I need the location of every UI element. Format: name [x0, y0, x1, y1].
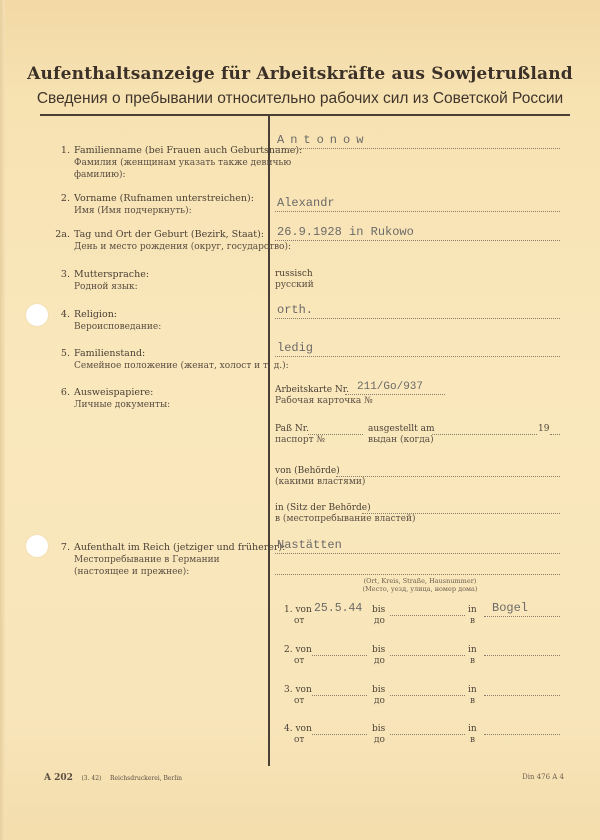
surname-value: Antonow	[277, 133, 369, 147]
paper-standard: Din 476 A 4	[522, 773, 564, 781]
label-id-papers: 6.Ausweispapiere: Личные документы:	[48, 387, 170, 411]
label-birth: 2a.Tag und Ort der Geburt (Bezirk, Staat…	[48, 229, 291, 253]
form-edition: (3. 42)	[81, 775, 101, 782]
year-field[interactable]	[550, 433, 560, 435]
row-3-to-field[interactable]	[390, 694, 465, 696]
passport-number-field[interactable]	[308, 433, 363, 435]
birth-value: 26.9.1928 in Rukowo	[277, 225, 414, 239]
label-mother-tongue: 3.Muttersprache: Родной язык:	[48, 269, 149, 293]
work-card-field[interactable]: 211/Go/937	[345, 378, 445, 395]
page-edge	[0, 0, 5, 840]
passport-label: Paß Nr. паспорт №	[275, 424, 325, 446]
printer: Reichsdruckerei, Berlin	[110, 775, 182, 782]
surname-field[interactable]: Antonow	[275, 132, 560, 149]
label-surname: 1.Familienname (bei Frauen auch Geburtsn…	[48, 145, 302, 181]
first-name-value: Alexandr	[277, 196, 335, 210]
punch-hole-bottom	[26, 535, 48, 557]
residence-value: Nastätten	[277, 538, 342, 552]
address-caption: (Ort, Kreis, Straße, Hausnummer) (Место,…	[275, 577, 565, 593]
issued-label: ausgestellt am выдан (когда)	[368, 424, 435, 446]
row-4-to-field[interactable]	[390, 733, 465, 735]
year-prefix: 19	[538, 424, 549, 435]
row-4-from-field[interactable]	[312, 733, 367, 735]
label-first-name: 2.Vorname (Rufnamen unterstreichen): Имя…	[48, 193, 254, 217]
label-marital-status: 5.Familienstand: Семейное положение (жен…	[48, 348, 289, 372]
form-title-russian: Сведения о пребывании относительно рабоч…	[0, 90, 600, 108]
row-3-place-field[interactable]	[484, 694, 560, 696]
residence-field-line-2[interactable]	[275, 573, 560, 575]
row-1-to-field[interactable]	[390, 614, 465, 616]
issued-date-field[interactable]	[432, 433, 537, 435]
mother-tongue-value: russisch русский	[275, 269, 314, 291]
authority-seat-field[interactable]	[362, 512, 560, 514]
marital-status-value: ledig	[277, 341, 313, 355]
work-card-value: 211/Go/937	[357, 381, 423, 393]
authority-field[interactable]	[336, 475, 560, 477]
row-4-place-field[interactable]	[484, 733, 560, 735]
form-title-german: Aufenthaltsanzeige für Arbeitskräfte aus…	[0, 64, 600, 84]
label-religion: 4.Religion: Вероисповедание:	[48, 309, 161, 333]
authority-seat-label: in (Sitz der Behörde) в (местопребывание…	[275, 503, 416, 525]
marital-status-field[interactable]: ledig	[275, 340, 560, 357]
column-divider	[268, 116, 270, 766]
row-2-to-field[interactable]	[390, 654, 465, 656]
label-residence: 7.Aufenthalt im Reich (jetziger und früh…	[48, 542, 285, 578]
row-1-place-field[interactable]: Bogel	[484, 600, 560, 617]
religion-field[interactable]: orth.	[275, 302, 560, 319]
punch-hole-top	[26, 304, 48, 326]
header-divider	[40, 114, 570, 116]
footer-form-info: A 202 (3. 42) Reichsdruckerei, Berlin	[44, 773, 188, 783]
row-1-from-field[interactable]: 25.5.44	[312, 600, 367, 616]
authority-label: von (Behörde) (какими властями)	[275, 466, 365, 488]
form-number: A 202	[44, 773, 73, 783]
row-2-from-field[interactable]	[312, 654, 367, 656]
residence-field[interactable]: Nastätten	[275, 537, 560, 554]
row-3-from-field[interactable]	[312, 694, 367, 696]
birth-field[interactable]: 26.9.1928 in Rukowo	[275, 224, 560, 241]
row-2-place-field[interactable]	[484, 654, 560, 656]
first-name-field[interactable]: Alexandr	[275, 195, 560, 212]
religion-value: orth.	[277, 303, 313, 317]
